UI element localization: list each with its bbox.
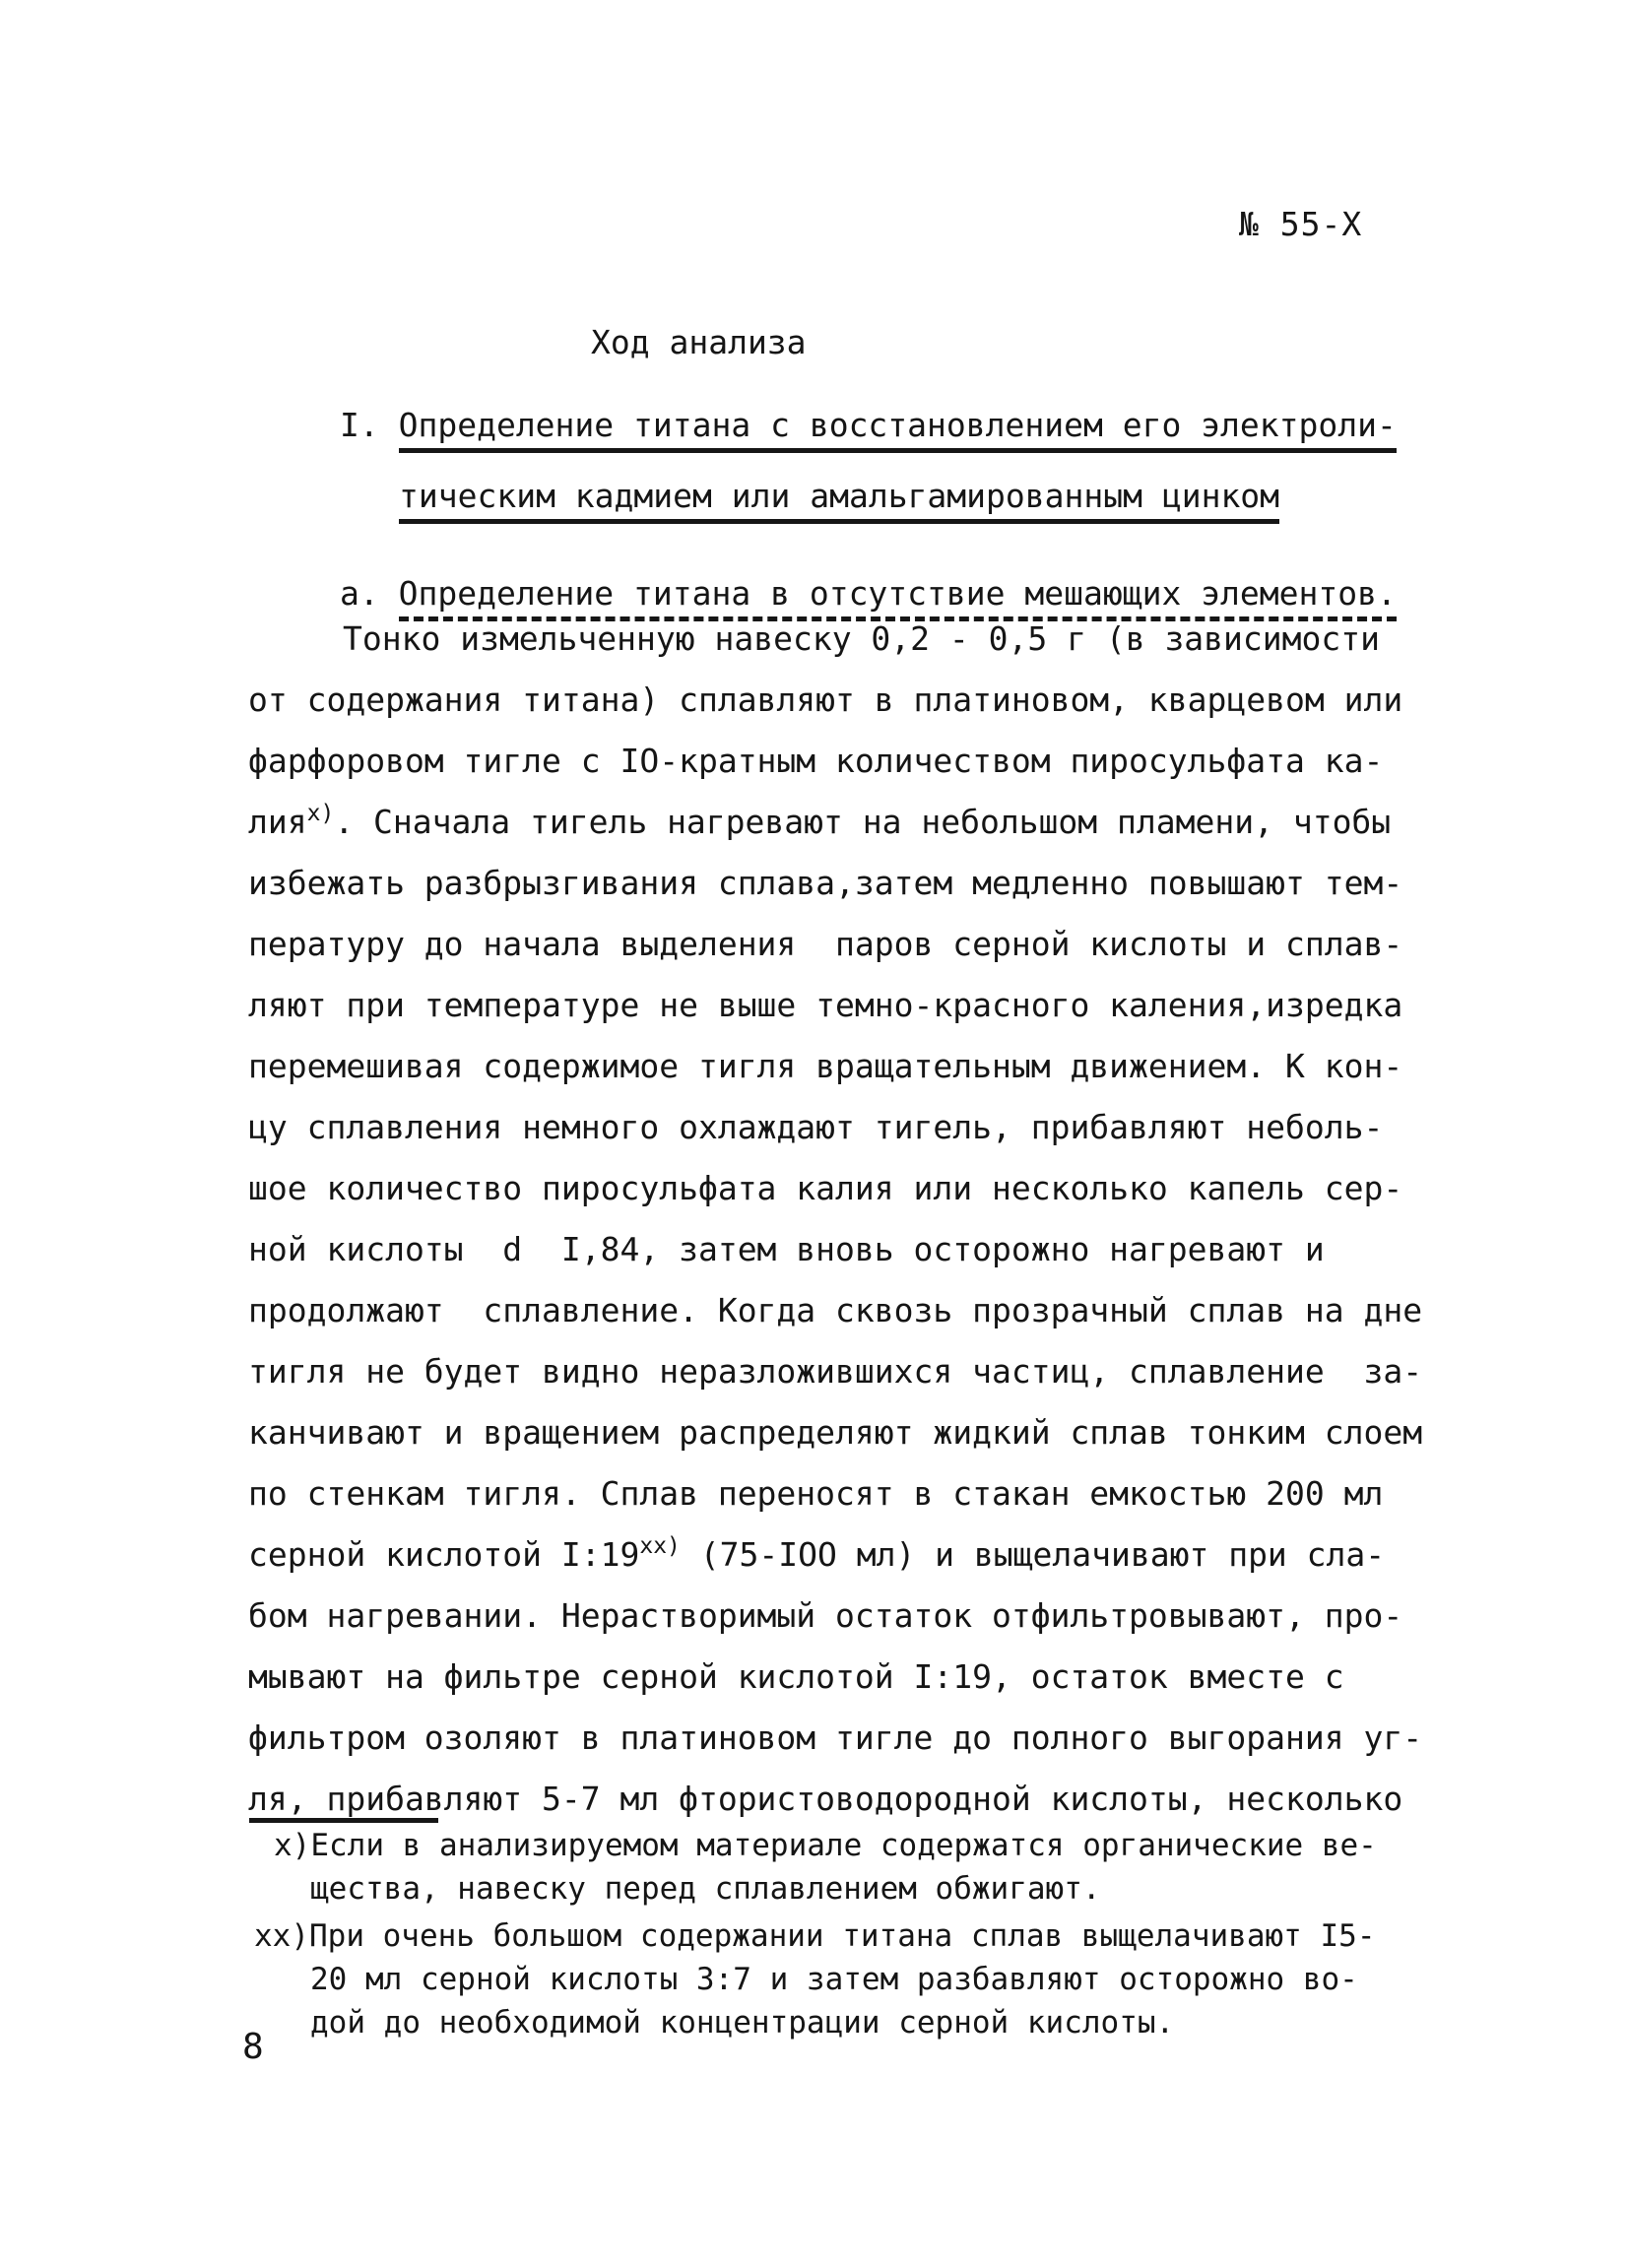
footnote-xx-line1: хх)При очень большом содержании титана с… [254,1916,1375,1956]
body-line-text: . Сначала тигель нагревают на небольшом … [334,803,1391,841]
body-line: от содержания титана) сплавляют в платин… [248,670,1422,731]
body-line: избежать разбрызгивания сплава,затем мед… [248,853,1422,914]
body-line: канчивают и вращением распределяют жидки… [248,1402,1422,1463]
footnote-ref-xx: хх) [639,1533,681,1559]
footnote-xx-line3: дой до необходимой концентрации серной к… [310,2003,1174,2042]
body-line: ной кислоты d I,84, затем вновь осторожн… [248,1219,1422,1280]
footnote-x-line2: щества, навеску перед сплавлением обжига… [310,1869,1101,1909]
body-line: ляют при температуре не выше темно-красн… [248,975,1422,1036]
document-page: № 55-X Ход анализа I. Определение титана… [0,0,1629,2268]
page-title: Ход анализа [591,323,807,361]
footnote-xx-line2: 20 мл серной кислоты 3:7 и затем разбавл… [310,1960,1358,1999]
body-line: по стенкам тигля. Сплав переносят в стак… [248,1463,1422,1524]
footnote-separator [249,1818,438,1823]
subsection-heading: а. Определение титана в отсутствие мешаю… [340,574,1397,613]
doc-number: № 55-X [1239,205,1362,243]
footnote-ref-x: х) [307,801,335,826]
section-heading-text2: тическим кадмием или амальгамированным ц… [399,477,1279,524]
body-line: Тонко измельченную навеску 0,2 - 0,5 г (… [248,609,1422,670]
page-number: 8 [242,2027,264,2067]
section-heading-line2: тическим кадмием или амальгамированным ц… [399,477,1279,515]
body-line: пературу до начала выделения паров серно… [248,914,1422,975]
body-line: перемешивая содержимое тигля вращательны… [248,1036,1422,1097]
body-line: лиях). Сначала тигель нагревают на небол… [248,792,1422,853]
body-line: фарфоровом тигле с IO-кратным количество… [248,731,1422,792]
body-line-text: (75-IOO мл) и выщелачивают при сла- [681,1535,1385,1574]
body-text: Тонко измельченную навеску 0,2 - 0,5 г (… [248,609,1422,1830]
body-line-text: серной кислотой I:19 [248,1535,639,1574]
section-heading-text1: Определение титана с восстановлением его… [399,406,1397,453]
footnote-x-line1: х)Если в анализируемом материале содержа… [274,1826,1377,1865]
section-heading-line1: I. Определение титана с восстановлением … [340,406,1397,444]
body-line: мывают на фильтре серной кислотой I:19, … [248,1647,1422,1708]
body-line: продолжают сплавление. Когда сквозь проз… [248,1280,1422,1341]
body-line: шое количество пиросульфата калия или не… [248,1158,1422,1219]
section-numeral: I. [340,406,399,444]
body-line: тигля не будет видно неразложившихся час… [248,1341,1422,1402]
body-line: фильтром озоляют в платиновом тигле до п… [248,1708,1422,1769]
body-line: серной кислотой I:19хх) (75-IOO мл) и вы… [248,1524,1422,1586]
subsection-letter: а. [340,574,399,613]
body-line-text: лия [248,803,307,841]
body-line: бом нагревании. Нерастворимый остаток от… [248,1586,1422,1647]
body-line: цу сплавления немного охлаждают тигель, … [248,1097,1422,1158]
